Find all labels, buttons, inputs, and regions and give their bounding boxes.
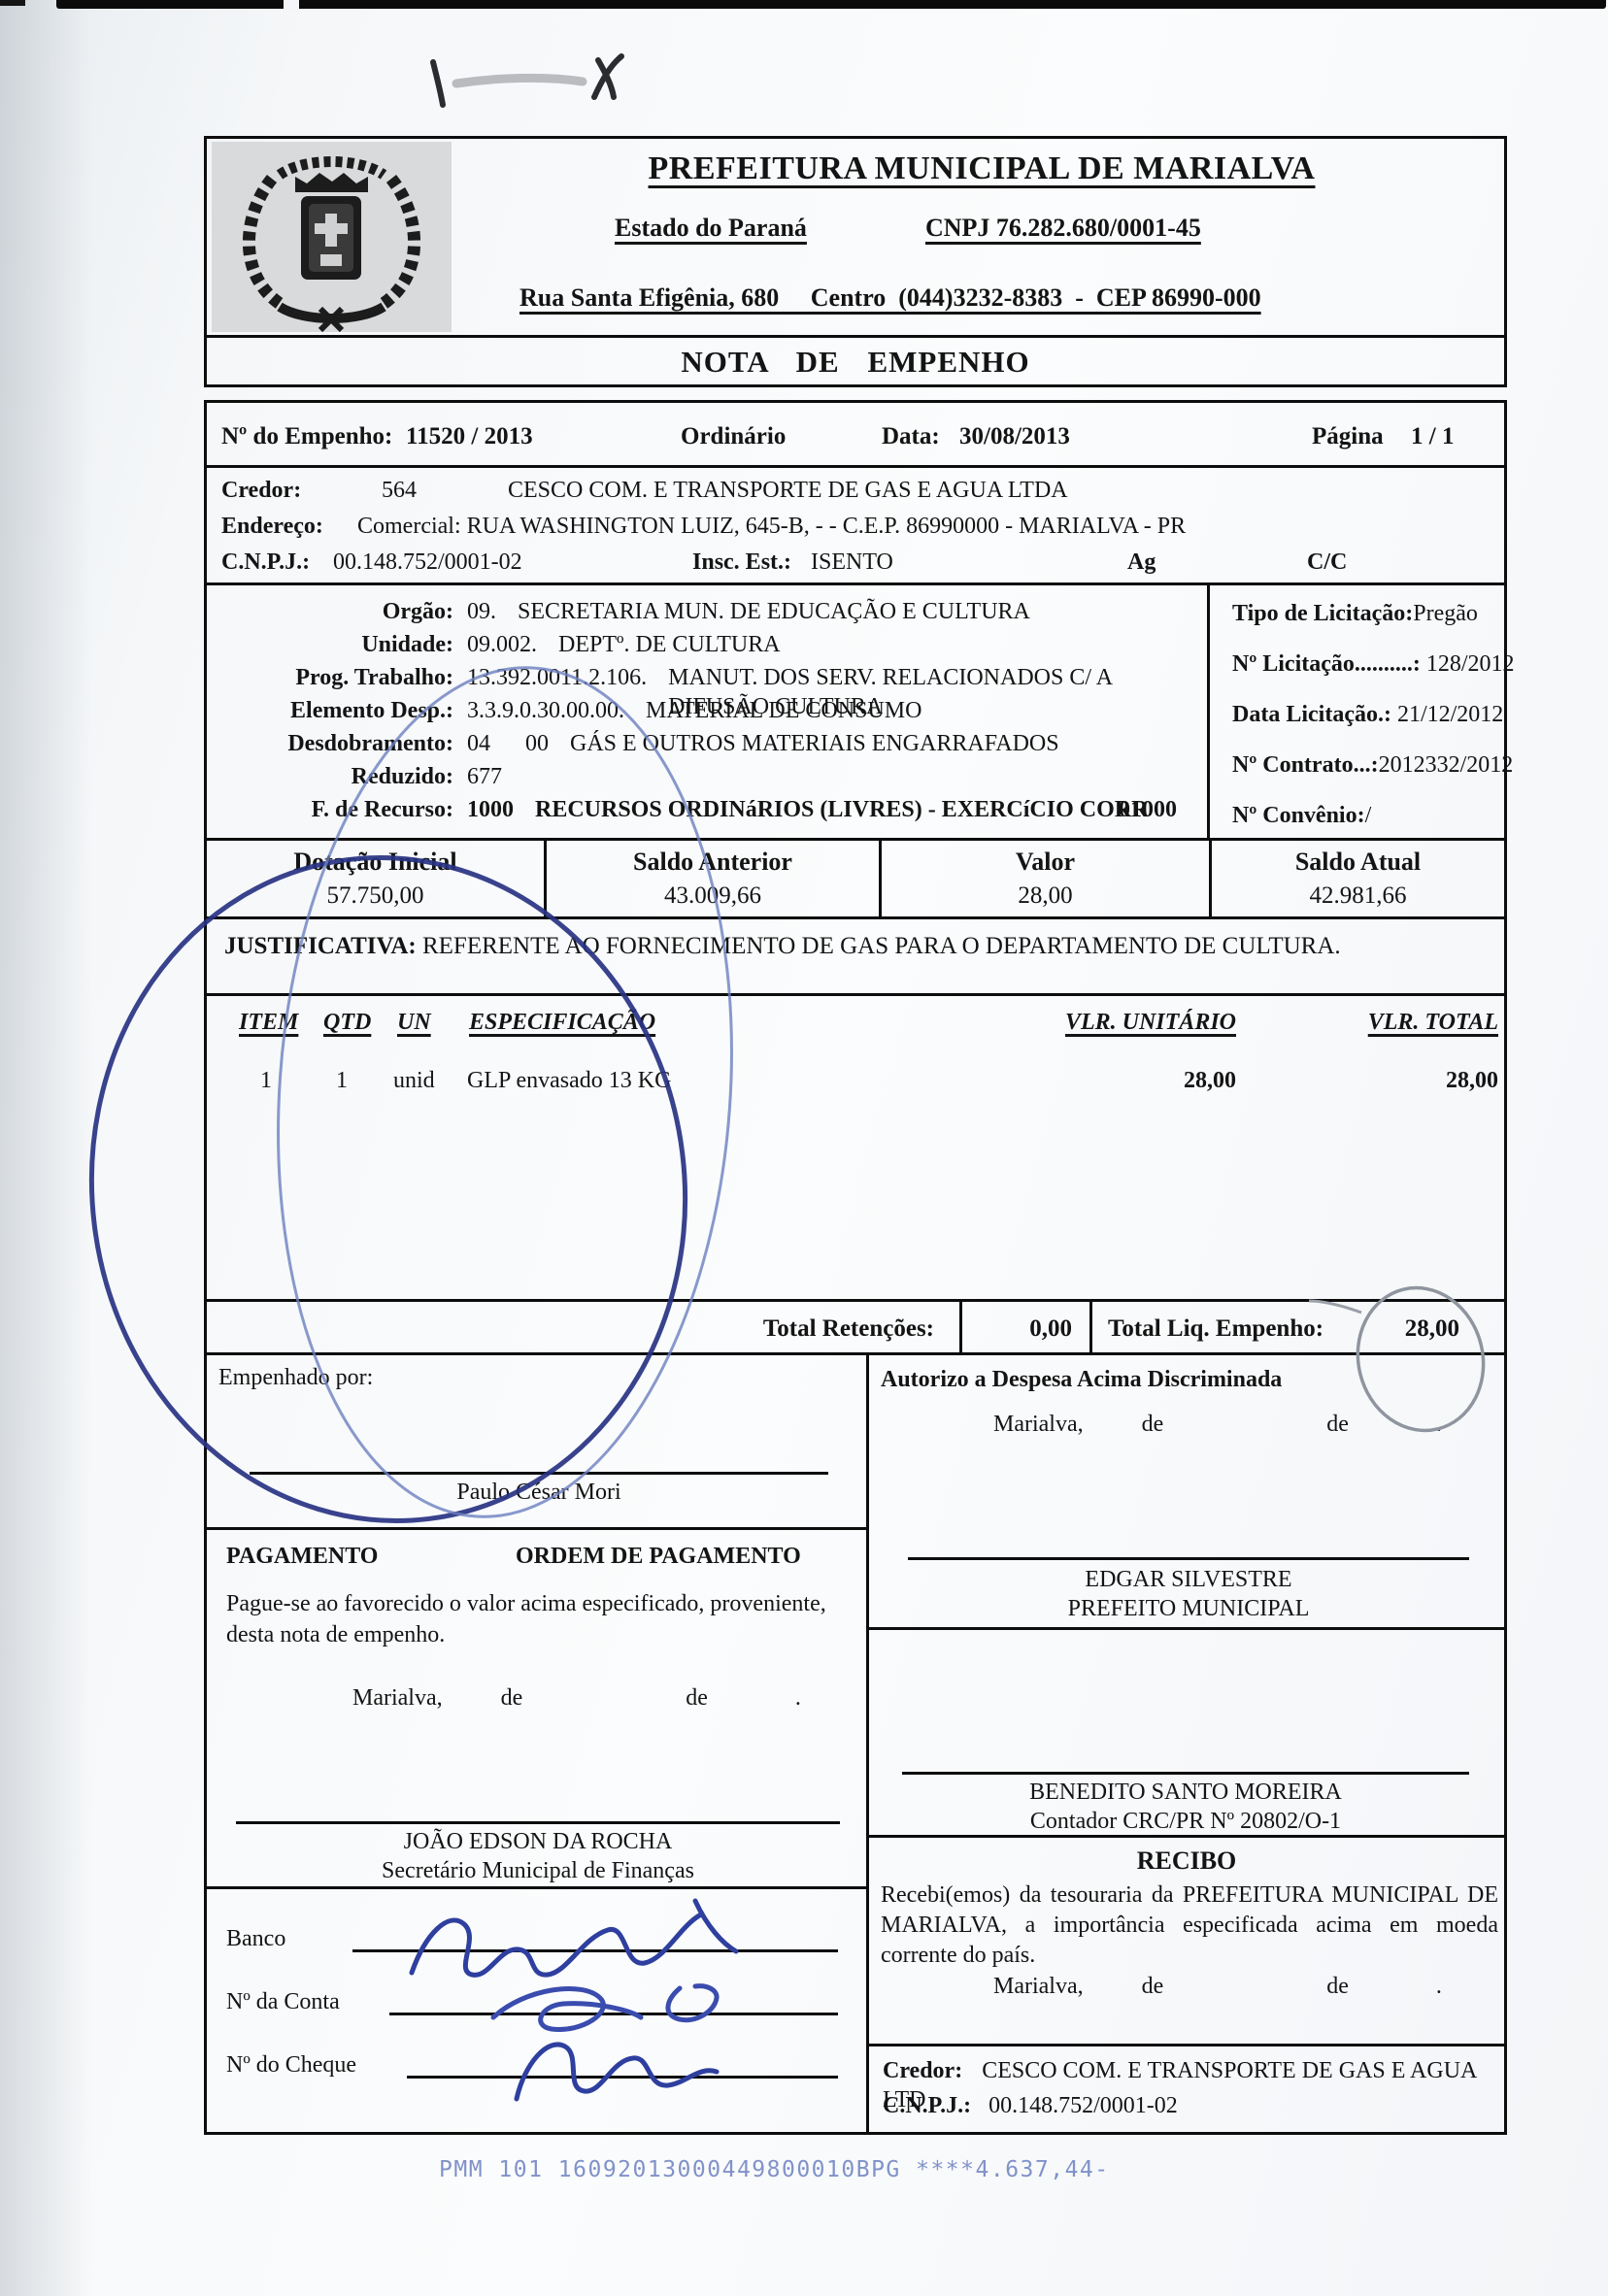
bidding-label: Tipo de Licitação: bbox=[1232, 601, 1413, 626]
budget-label: Reduzido: bbox=[211, 762, 453, 791]
creditor-name: CESCO COM. E TRANSPORTE DE GAS E AGUA LT… bbox=[508, 476, 1068, 505]
state-registration-label: Insc. Est.: bbox=[692, 548, 791, 577]
value-amount: 57.750,00 bbox=[207, 881, 544, 911]
creditor-label: Credor: bbox=[883, 2058, 962, 2083]
empenho-number-value: 11520 / 2013 bbox=[406, 421, 533, 451]
bank-details-box: Banco Nº da Conta Nº do Cheque bbox=[207, 1889, 866, 2114]
liquido-value: 28,00 bbox=[1405, 1314, 1459, 1344]
bidding-value: 2012332/2012 bbox=[1379, 752, 1514, 778]
account-label: C/C bbox=[1307, 548, 1347, 577]
left-signature-column: Empenhado por: Paulo César Mori PAGAMENT… bbox=[207, 1355, 869, 2132]
budget-rows: Orgão: 09. SECRETARIA MUN. DE EDUCAÇÃO E… bbox=[207, 585, 1210, 838]
payment-order-box: PAGAMENTO ORDEM DE PAGAMENTO Pague-se ao… bbox=[207, 1530, 866, 1889]
retencoes-label: Total Retenções: bbox=[207, 1302, 962, 1352]
values-summary-row: Dotação Inicial 57.750,00 Saldo Anterior… bbox=[204, 838, 1507, 919]
agency-label: Ag bbox=[1127, 548, 1156, 577]
creditor-cnpj: 00.148.752/0001-02 bbox=[333, 548, 522, 577]
signature-line bbox=[902, 1772, 1469, 1775]
col-header-un: UN bbox=[397, 1008, 431, 1037]
account-blank-line bbox=[389, 2013, 838, 2015]
budget-row-elemento: Elemento Desp.: 3.3.9.0.30.00.00. MATERI… bbox=[211, 696, 1201, 725]
municipal-coat-of-arms-logo bbox=[212, 142, 452, 332]
receipt-text: Recebi(emos) da tesouraria da PREFEITURA… bbox=[881, 1880, 1498, 1971]
pagamento-title: PAGAMENTO bbox=[226, 1542, 378, 1571]
cheque-number-label: Nº do Cheque bbox=[226, 2050, 356, 2080]
budget-label: Unidade: bbox=[211, 630, 453, 659]
signatory-name: Paulo César Mori bbox=[250, 1478, 828, 1507]
date-label: Data: bbox=[882, 421, 940, 451]
creditor-cnpj-label: C.N.P.J.: bbox=[883, 2093, 971, 2118]
payment-order-text: Pague-se ao favorecido o valor acima esp… bbox=[226, 1588, 848, 1650]
scan-left-shadow bbox=[0, 0, 92, 2296]
budget-label: F. de Recurso: bbox=[211, 795, 453, 824]
empenho-number-label: Nº do Empenho: bbox=[221, 421, 392, 451]
nota-de-empenho-form: PREFEITURA MUNICIPAL DE MARIALVA Estado … bbox=[204, 136, 1507, 2135]
agreement-number-row: Nº Convênio:/ bbox=[1232, 801, 1371, 830]
value-amount: 42.981,66 bbox=[1212, 881, 1504, 911]
budget-classification-section: Orgão: 09. SECRETARIA MUN. DE EDUCAÇÃO E… bbox=[204, 582, 1507, 841]
value-header: Valor bbox=[882, 847, 1209, 879]
value-amount: 28,00 bbox=[882, 881, 1209, 911]
budget-label: Orgão: bbox=[211, 597, 453, 626]
signature-line bbox=[236, 1821, 840, 1824]
budget-row-desdobramento: Desdobramento: 04 00 GÁS E OUTROS MATERI… bbox=[211, 729, 1201, 758]
value-header: Dotação Inicial bbox=[207, 847, 544, 879]
budget-label: Desdobramento: bbox=[211, 729, 453, 758]
accountant-box: BENEDITO SANTO MOREIRA Contador CRC/PR N… bbox=[869, 1630, 1504, 1838]
bidding-label: Nº Contrato...: bbox=[1232, 752, 1379, 778]
bank-blank-line bbox=[352, 1949, 838, 1952]
liquido-cell: Total Liq. Empenho: 28,00 bbox=[1092, 1302, 1504, 1352]
budget-desc: MATERIAL DE CONSUMO bbox=[646, 696, 921, 725]
page-label: Página bbox=[1312, 421, 1384, 451]
item-qty: 1 bbox=[336, 1066, 348, 1095]
bidding-date-row: Data Licitação.: 21/12/2012 bbox=[1232, 700, 1503, 729]
budget-row-orgao: Orgão: 09. SECRETARIA MUN. DE EDUCAÇÃO E… bbox=[211, 597, 1201, 626]
scan-edge-gap bbox=[284, 0, 299, 10]
budget-code: 09. bbox=[467, 597, 496, 626]
date-blank-line: Marialva, de de . bbox=[993, 1410, 1442, 1439]
bidding-value: 21/12/2012 bbox=[1391, 702, 1503, 727]
liquido-label: Total Liq. Empenho: bbox=[1108, 1314, 1323, 1344]
saldo-anterior-cell: Saldo Anterior 43.009,66 bbox=[547, 841, 882, 916]
value-header: Saldo Atual bbox=[1212, 847, 1504, 879]
budget-desc: RECURSOS ORDINáRIOS (LIVRES) - EXERCíCIO… bbox=[535, 795, 1148, 824]
bidding-label: Nº Licitação..........: bbox=[1232, 651, 1421, 677]
dot-matrix-processing-code: PMM 101 16092013000449800010BPG ****4.63… bbox=[439, 2157, 1110, 2182]
document-title-bar: NOTA DE EMPENHO bbox=[204, 335, 1507, 387]
budget-code: 677 bbox=[467, 762, 502, 791]
signatory-role: Contador CRC/PR Nº 20802/O-1 bbox=[902, 1807, 1469, 1836]
budget-code2: 00 bbox=[525, 729, 549, 758]
signature-line bbox=[908, 1557, 1469, 1560]
cheque-blank-line bbox=[407, 2076, 838, 2079]
justification-section: JUSTIFICATIVA: REFERENTE AO FORNECIMENTO… bbox=[204, 916, 1507, 996]
budget-extra-code: 01000 bbox=[1119, 795, 1177, 824]
empenho-number-row: Nº do Empenho: 11520 / 2013 Ordinário Da… bbox=[204, 400, 1507, 468]
item-unit: unid bbox=[393, 1066, 435, 1095]
item-unit-value: 28,00 bbox=[1061, 1066, 1236, 1095]
signatory-name: BENEDITO SANTO MOREIRA bbox=[902, 1778, 1469, 1807]
item-total-value: 28,00 bbox=[1333, 1066, 1498, 1095]
letterhead-text: PREFEITURA MUNICIPAL DE MARIALVA Estado … bbox=[459, 139, 1504, 335]
letterhead: PREFEITURA MUNICIPAL DE MARIALVA Estado … bbox=[204, 136, 1507, 338]
creditor-section: Credor: 564 CESCO COM. E TRANSPORTE DE G… bbox=[204, 465, 1507, 585]
right-signature-column: Autorizo a Despesa Acima Discriminada Ma… bbox=[869, 1355, 1504, 2132]
authorization-box: Autorizo a Despesa Acima Discriminada Ma… bbox=[869, 1355, 1504, 1630]
empenhado-label: Empenhado por: bbox=[218, 1363, 373, 1392]
creditor-footer-box: Credor: CESCO COM. E TRANSPORTE DE GAS E… bbox=[869, 2046, 1504, 2132]
budget-desc: GÁS E OUTROS MATERIAIS ENGARRAFADOS bbox=[570, 729, 1059, 758]
pen-mark-top-2 bbox=[456, 78, 583, 83]
scan-corner-artifact bbox=[0, 0, 25, 6]
pen-mark-top-1 bbox=[433, 62, 443, 105]
signatures-grid: Empenhado por: Paulo César Mori PAGAMENT… bbox=[204, 1352, 1507, 2135]
ordem-pagamento-title: ORDEM DE PAGAMENTO bbox=[516, 1542, 801, 1571]
empenhado-por-box: Empenhado por: Paulo César Mori bbox=[207, 1355, 866, 1530]
entity-address: Rua Santa Efigênia, 680 Centro (044)3232… bbox=[519, 283, 1261, 312]
creditor-cnpj-label: C.N.P.J.: bbox=[221, 548, 310, 577]
budget-desc: DEPTº. DE CULTURA bbox=[558, 630, 781, 659]
budget-desc: SECRETARIA MUN. DE EDUCAÇÃO E CULTURA bbox=[518, 597, 1030, 626]
page-value: 1 / 1 bbox=[1411, 421, 1454, 451]
justification-label: JUSTIFICATIVA: bbox=[224, 933, 417, 959]
bidding-value: / bbox=[1365, 803, 1372, 828]
budget-label: Elemento Desp.: bbox=[211, 696, 453, 725]
date-blank-line: Marialva, de de . bbox=[352, 1683, 801, 1713]
scanned-document-page: PREFEITURA MUNICIPAL DE MARIALVA Estado … bbox=[0, 0, 1608, 2296]
pen-mark-top-3 bbox=[594, 56, 621, 97]
col-header-unit-value: VLR. UNITÁRIO bbox=[1061, 1008, 1236, 1037]
item-number: 1 bbox=[260, 1066, 272, 1095]
state-registration-value: ISENTO bbox=[811, 548, 893, 577]
date-blank-line: Marialva, de de . bbox=[993, 1972, 1442, 2001]
empenho-kind: Ordinário bbox=[681, 421, 786, 451]
contract-number-row: Nº Contrato...:2012332/2012 bbox=[1232, 750, 1513, 780]
creditor-code: 564 bbox=[382, 476, 417, 505]
saldo-atual-cell: Saldo Atual 42.981,66 bbox=[1212, 841, 1504, 916]
totals-row: Total Retenções: 0,00 Total Liq. Empenho… bbox=[204, 1299, 1507, 1355]
signatory-name: JOÃO EDSON DA ROCHA bbox=[236, 1827, 840, 1856]
signature-line bbox=[250, 1472, 828, 1475]
budget-code: 13.392.0011.2.106. bbox=[467, 663, 647, 692]
bidding-value: 128/2012 bbox=[1421, 651, 1515, 677]
valor-cell: Valor 28,00 bbox=[882, 841, 1212, 916]
bidding-label: Data Licitação.: bbox=[1232, 702, 1391, 727]
items-table: ITEM QTD UN ESPECIFICAÇÃO VLR. UNITÁRIO … bbox=[204, 993, 1507, 1302]
creditor-address: Comercial: RUA WASHINGTON LUIZ, 645-B, -… bbox=[357, 512, 1186, 541]
creditor-label: Credor: bbox=[221, 476, 301, 505]
bidding-value: Pregão bbox=[1413, 601, 1478, 626]
creditor-cnpj: 00.148.752/0001-02 bbox=[988, 2093, 1178, 2118]
signatory-name: EDGAR SILVESTRE bbox=[908, 1565, 1469, 1594]
budget-row-reduzido: Reduzido: 677 bbox=[211, 762, 1201, 791]
bidding-number-row: Nº Licitação..........: 128/2012 bbox=[1232, 649, 1515, 679]
col-header-spec: ESPECIFICAÇÃO bbox=[469, 1008, 655, 1037]
letterhead-line3: Rua Santa Efigênia, 680 Centro (044)3232… bbox=[519, 283, 1261, 315]
receipt-title: RECIBO bbox=[869, 1846, 1504, 1878]
item-spec: GLP envasado 13 KG bbox=[467, 1066, 671, 1095]
budget-label: Prog. Trabalho: bbox=[211, 663, 453, 692]
bidding-type-row: Tipo de Licitação:Pregão bbox=[1232, 599, 1478, 628]
budget-code: 3.3.9.0.30.00.00. bbox=[467, 696, 624, 725]
creditor-address-label: Endereço: bbox=[221, 512, 323, 541]
creditor-cnpj-footer-row: C.N.P.J.: 00.148.752/0001-02 bbox=[883, 2091, 1178, 2120]
budget-code: 09.002. bbox=[467, 630, 537, 659]
dotacao-inicial-cell: Dotação Inicial 57.750,00 bbox=[207, 841, 547, 916]
value-amount: 43.009,66 bbox=[547, 881, 879, 911]
budget-code: 1000 bbox=[467, 795, 514, 824]
entity-title: PREFEITURA MUNICIPAL DE MARIALVA bbox=[459, 149, 1504, 190]
signatory-role: Secretário Municipal de Finanças bbox=[236, 1856, 840, 1885]
date-value: 30/08/2013 bbox=[959, 421, 1070, 451]
col-header-total-value: VLR. TOTAL bbox=[1333, 1008, 1498, 1037]
budget-row-unidade: Unidade: 09.002. DEPTº. DE CULTURA bbox=[211, 630, 1201, 659]
col-header-qtd: QTD bbox=[323, 1008, 371, 1037]
value-header: Saldo Anterior bbox=[547, 847, 879, 879]
justification-text: REFERENTE AO FORNECIMENTO DE GAS PARA O … bbox=[417, 933, 1341, 959]
entity-cnpj: CNPJ 76.282.680/0001-45 bbox=[925, 213, 1201, 245]
col-header-item: ITEM bbox=[239, 1008, 298, 1037]
bidding-label: Nº Convênio: bbox=[1232, 803, 1365, 828]
state-label: Estado do Paraná bbox=[615, 213, 807, 245]
bank-label: Banco bbox=[226, 1924, 285, 1953]
account-number-label: Nº da Conta bbox=[226, 1987, 340, 2016]
retencoes-value: 0,00 bbox=[962, 1302, 1092, 1352]
document-title: NOTA DE EMPENHO bbox=[681, 345, 1029, 379]
signatory-role: PREFEITO MUNICIPAL bbox=[908, 1594, 1469, 1623]
budget-code: 04 bbox=[467, 729, 490, 758]
budget-row-recurso: F. de Recurso: 1000 RECURSOS ORDINáRIOS … bbox=[211, 795, 1201, 824]
authorization-title: Autorizo a Despesa Acima Discriminada bbox=[881, 1365, 1282, 1394]
receipt-box: RECIBO Recebi(emos) da tesouraria da PRE… bbox=[869, 1838, 1504, 2046]
